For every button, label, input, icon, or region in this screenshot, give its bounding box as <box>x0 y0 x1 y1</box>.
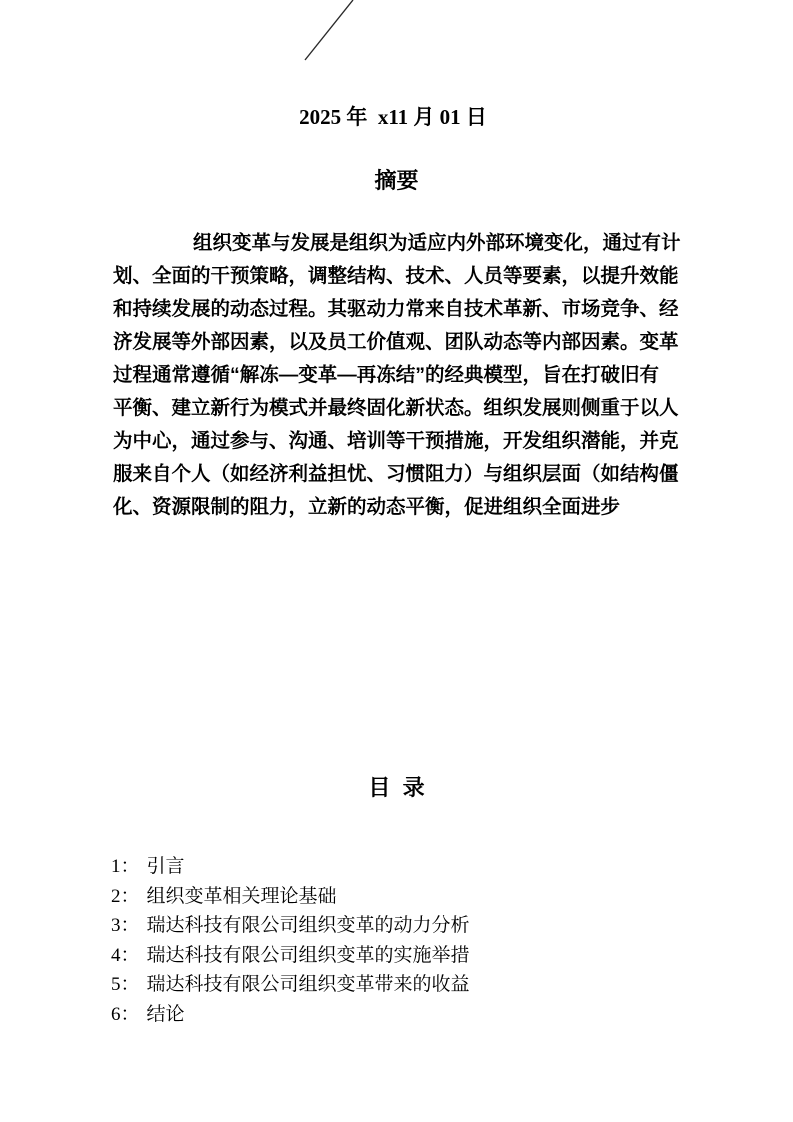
toc-item: 5：瑞达科技有限公司组织变革带来的收益 <box>111 970 470 1000</box>
toc-item-number: 1： <box>111 856 140 877</box>
toc-item-number: 2： <box>111 886 140 907</box>
toc-item-title: 结论 <box>147 1004 185 1025</box>
toc-item: 2：组织变革相关理论基础 <box>111 882 470 912</box>
document-page: 2025 年 x11 月 01 日 摘要 组织变革与发展是组织为适应内外部环境变… <box>0 0 793 1122</box>
toc-item: 3：瑞达科技有限公司组织变革的动力分析 <box>111 911 470 941</box>
toc-item-title: 瑞达科技有限公司组织变革的动力分析 <box>147 915 470 936</box>
abstract-line: 划、全面的干预策略，调整结构、技术、人员等要素，以提升效能 <box>113 260 683 293</box>
toc-item: 6：结论 <box>111 1000 470 1030</box>
date-line: 2025 年 x11 月 01 日 <box>0 101 786 131</box>
abstract-paragraph: 组织变革与发展是组织为适应内外部环境变化，通过有计 划、全面的干预策略，调整结构… <box>113 227 683 524</box>
toc-item-title: 引言 <box>147 856 185 877</box>
toc-item-title: 瑞达科技有限公司组织变革的实施举措 <box>147 945 470 966</box>
abstract-line: 过程通常遵循“解冻—变革—再冻结”的经典模型，旨在打破旧有 <box>113 359 683 392</box>
toc-item-title: 瑞达科技有限公司组织变革带来的收益 <box>147 974 470 995</box>
abstract-line: 组织变革与发展是组织为适应内外部环境变化，通过有计 <box>113 227 683 260</box>
abstract-line: 为中心，通过参与、沟通、培训等干预措施，开发组织潜能，并克 <box>113 425 683 458</box>
toc-item-number: 4： <box>111 945 140 966</box>
abstract-line: 服来自个人（如经济利益担忧、习惯阻力）与组织层面（如结构僵 <box>113 458 683 491</box>
abstract-line: 平衡、建立新行为模式并最终固化新状态。组织发展则侧重于以人 <box>113 392 683 425</box>
toc-item-number: 3： <box>111 915 140 936</box>
toc-item-number: 5： <box>111 974 140 995</box>
abstract-heading: 摘要 <box>0 164 793 195</box>
stray-diagonal-line-stroke <box>305 0 353 60</box>
abstract-line: 化、资源限制的阻力，立新的动态平衡，促进组织全面进步 <box>113 491 683 524</box>
toc-list: 1：引言 2：组织变革相关理论基础 3：瑞达科技有限公司组织变革的动力分析 4：… <box>111 852 470 1030</box>
toc-item: 4：瑞达科技有限公司组织变革的实施举措 <box>111 941 470 971</box>
abstract-line: 和持续发展的动态过程。其驱动力常来自技术革新、市场竞争、经 <box>113 293 683 326</box>
toc-item-title: 组织变革相关理论基础 <box>147 886 337 907</box>
toc-item: 1：引言 <box>111 852 470 882</box>
abstract-line: 济发展等外部因素，以及员工价值观、团队动态等内部因素。变革 <box>113 326 683 359</box>
toc-item-number: 6： <box>111 1004 140 1025</box>
toc-heading: 目 录 <box>0 771 793 802</box>
stray-diagonal-line-icon <box>303 0 363 62</box>
